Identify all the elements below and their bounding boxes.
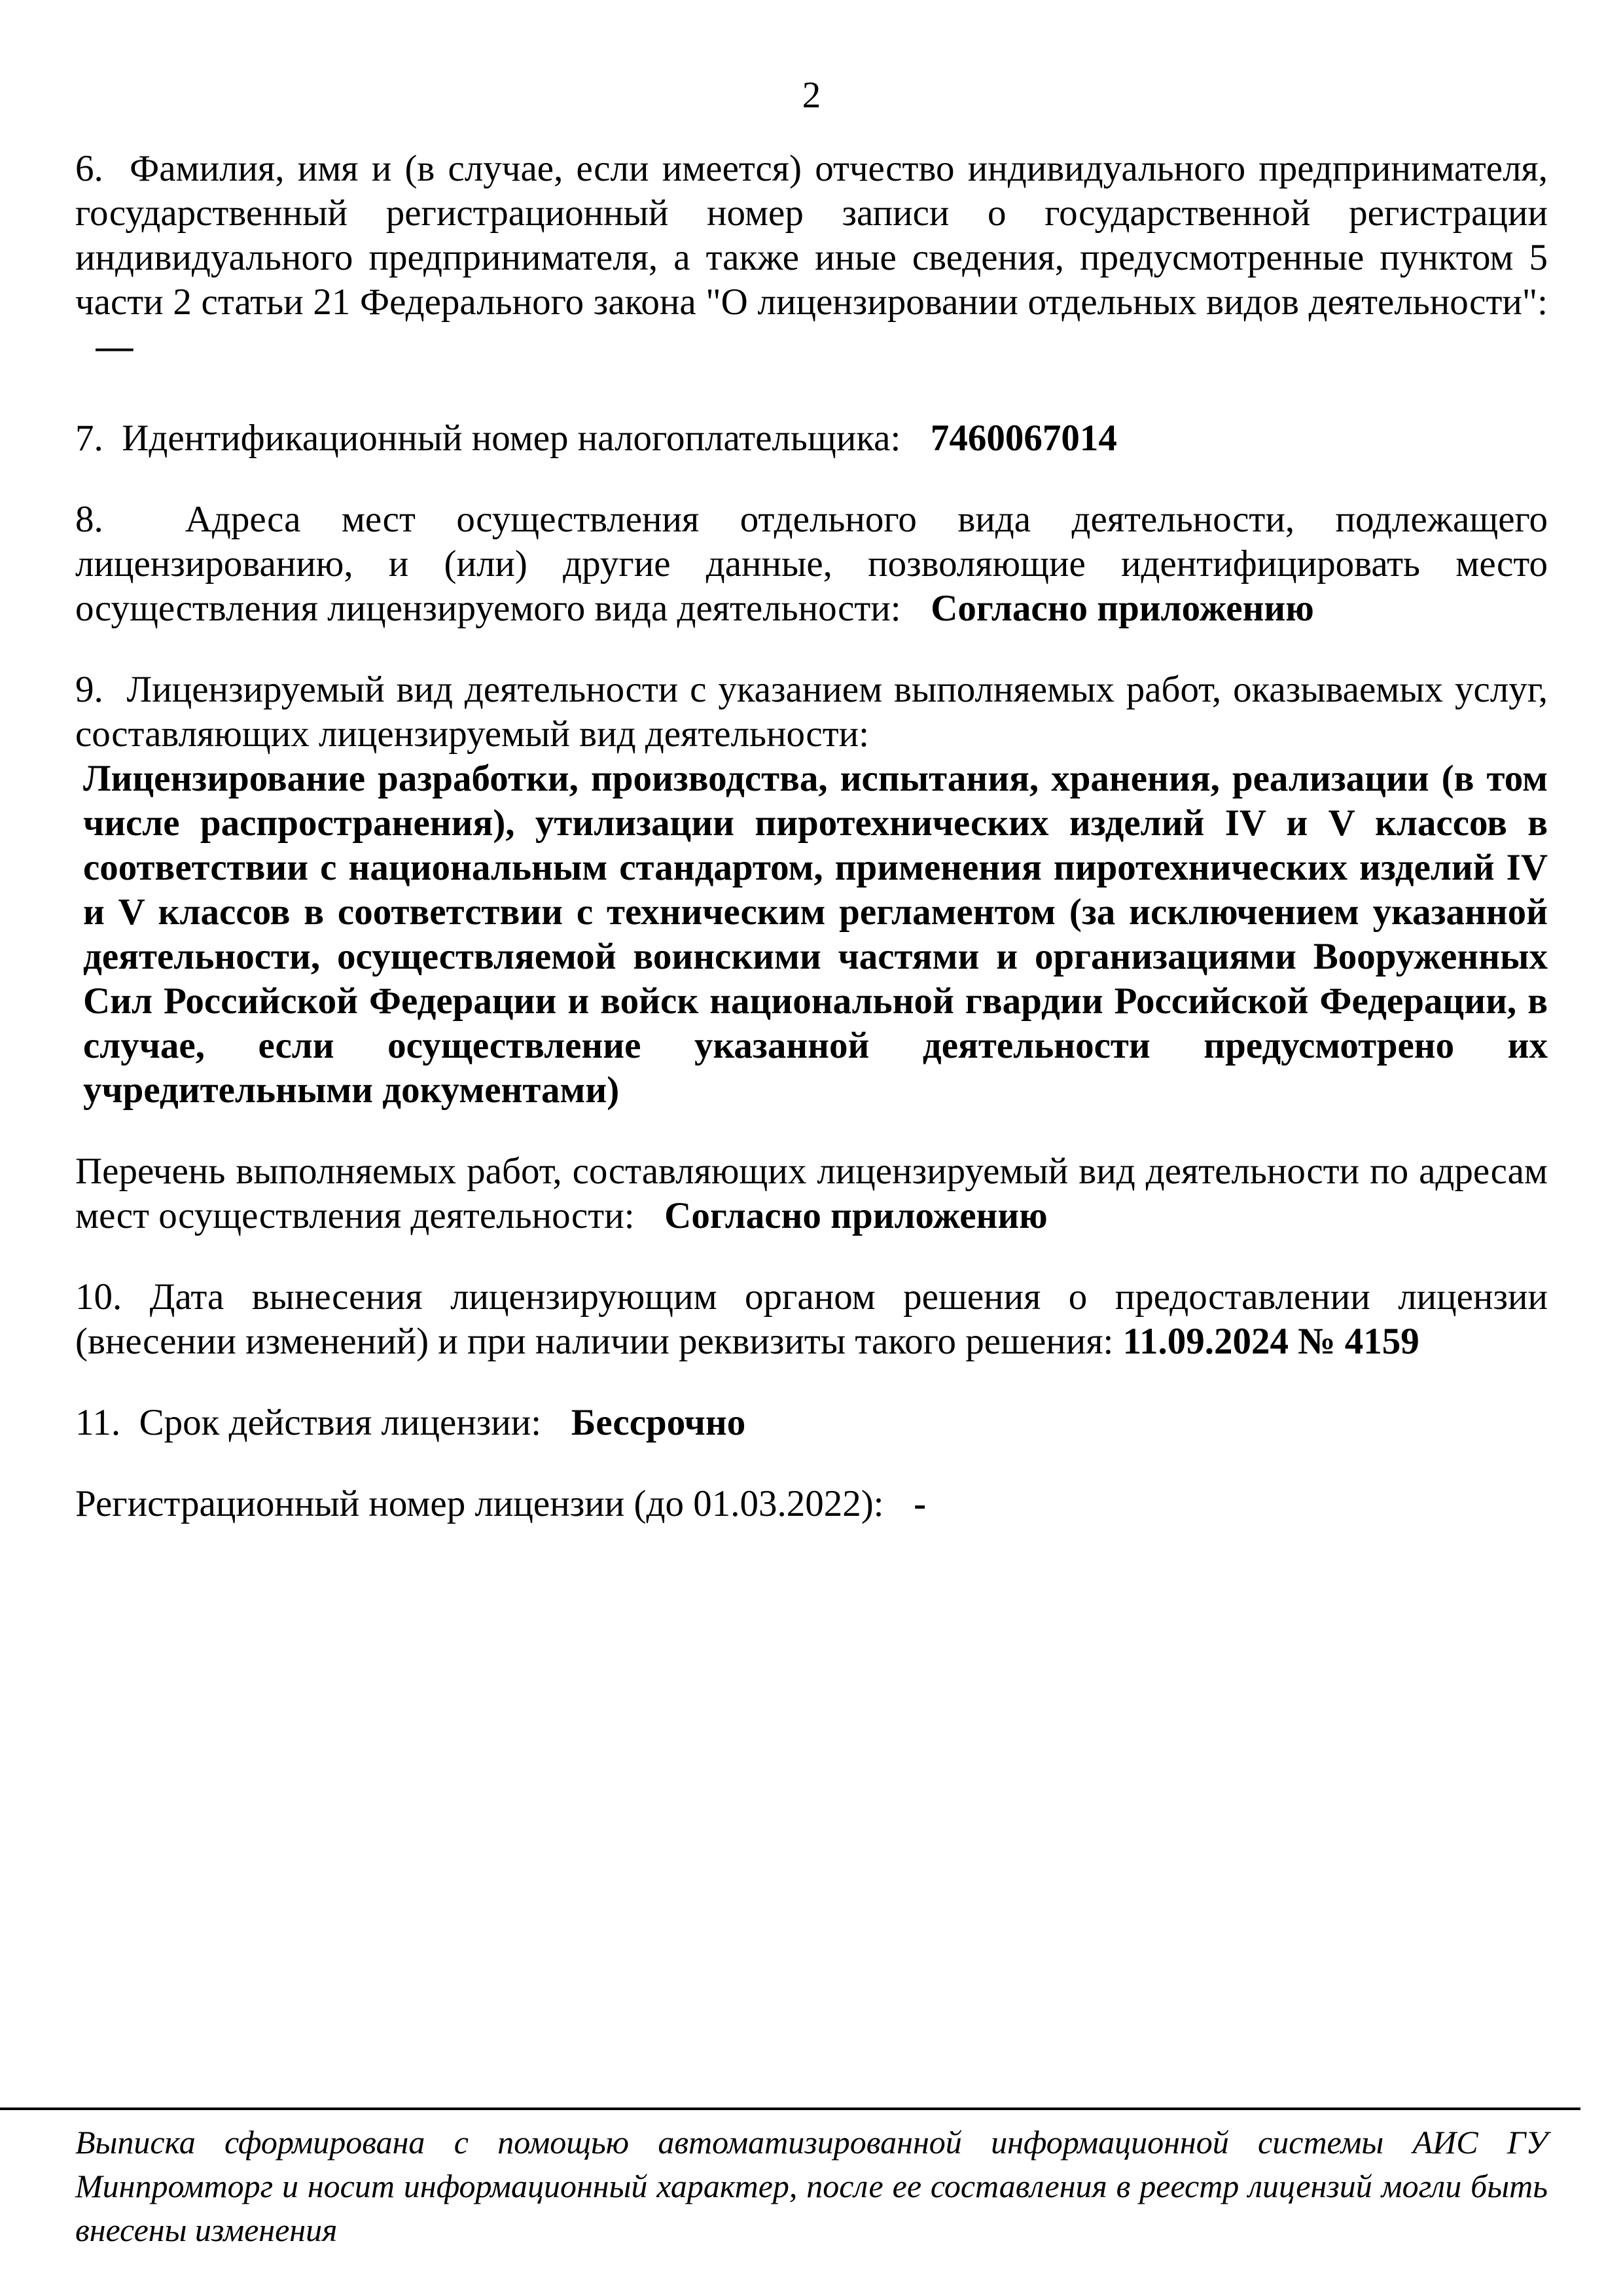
item-8-value: Согласно приложению [931, 588, 1314, 629]
registration-number-label: Регистрационный номер лицензии (до 01.03… [75, 1483, 884, 1524]
item-7: 7. Идентификационный номер налогоплатель… [75, 416, 1548, 461]
item-11-value-term: Бессрочно [571, 1402, 746, 1443]
item-6-value: — [96, 326, 133, 367]
item-9-label: 9. Лицензируемый вид деятельности с указ… [75, 669, 1548, 755]
item-8-label: 8. Адреса мест осуществления отдельного … [75, 499, 1548, 629]
item-7-value-inn: 7460067014 [931, 418, 1117, 459]
item-6: 6. Фамилия, имя и (в случае, если имеетс… [75, 147, 1548, 369]
page-content: 2 6. Фамилия, имя и (в случае, если имее… [0, 0, 1623, 1526]
document-page: 2 6. Фамилия, имя и (в случае, если имее… [0, 0, 1623, 2296]
item-9-works-list: Перечень выполняемых работ, составляющих… [75, 1149, 1548, 1238]
item-11: 11. Срок действия лицензии: Бессрочно [75, 1401, 1548, 1445]
item-9-works-list-value: Согласно приложению [664, 1195, 1048, 1236]
item-9-licensed-activity-description: Лицензирование разработки, производства,… [75, 757, 1548, 1113]
item-9: 9. Лицензируемый вид деятельности с указ… [75, 668, 1548, 757]
registration-number-value: - [914, 1483, 926, 1524]
footer-separator-rule [0, 2108, 1580, 2110]
item-11-label: 11. Срок действия лицензии: [75, 1402, 541, 1443]
registration-number-line: Регистрационный номер лицензии (до 01.03… [75, 1482, 1548, 1526]
item-6-label: 6. Фамилия, имя и (в случае, если имеетс… [75, 148, 1548, 323]
page-number: 2 [75, 73, 1548, 118]
footer-note: Выписка сформирована с помощью автоматиз… [75, 2121, 1548, 2252]
item-10: 10. Дата вынесения лицензирующим органом… [75, 1275, 1548, 1364]
item-8: 8. Адреса мест осуществления отдельного … [75, 497, 1548, 631]
footer: Выписка сформирована с помощью автоматиз… [0, 2108, 1623, 2252]
item-7-label: 7. Идентификационный номер налогоплатель… [75, 418, 901, 459]
item-10-value-decision: 11.09.2024 № 4159 [1123, 1321, 1419, 1362]
